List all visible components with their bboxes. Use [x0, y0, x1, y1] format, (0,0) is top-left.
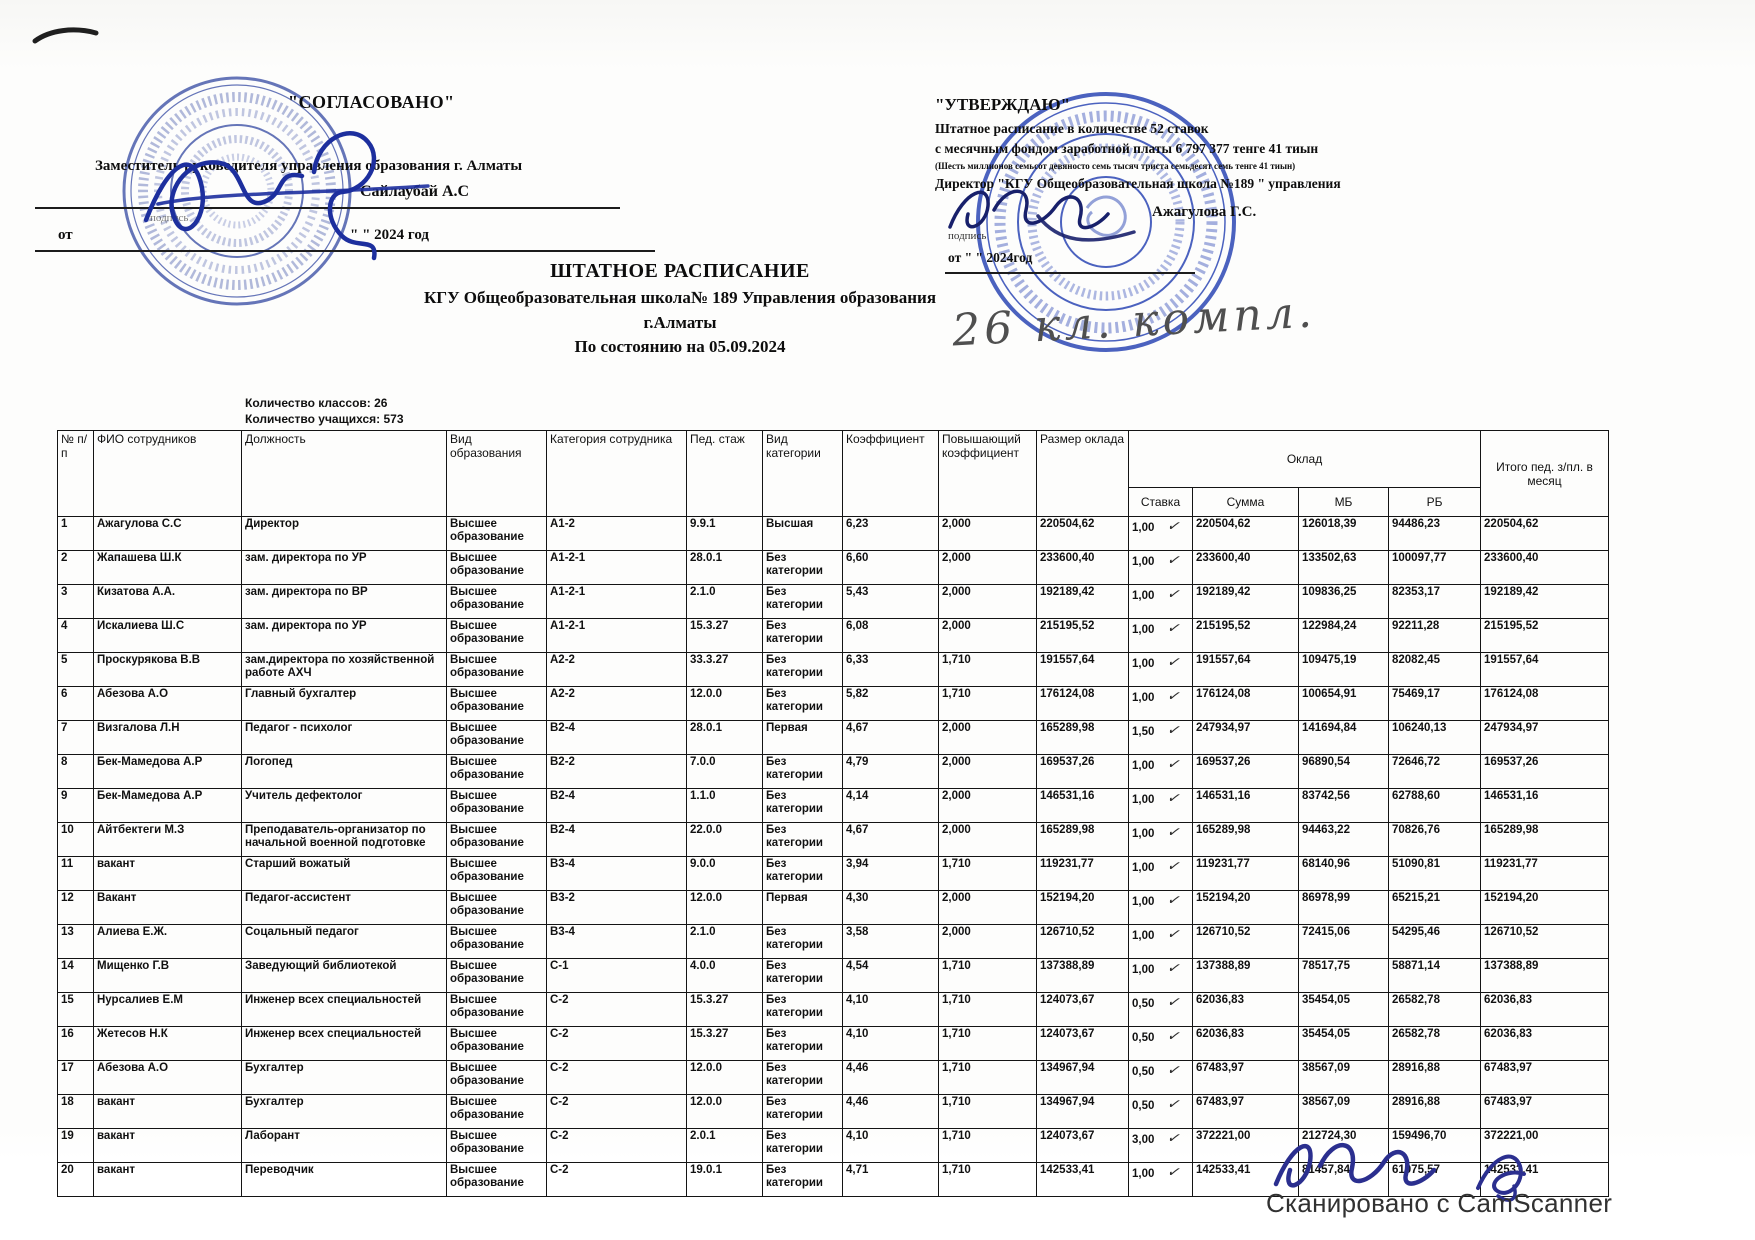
- cell: 1,00✓: [1129, 1163, 1193, 1197]
- cell: Без категории: [763, 1061, 843, 1095]
- cell: Без категории: [763, 959, 843, 993]
- approval-left-line1: Заместитель руководителя управления обра…: [95, 158, 655, 175]
- cell: Без категории: [763, 823, 843, 857]
- col-header-num: № п/п: [58, 431, 94, 517]
- cell: 2,000: [939, 585, 1037, 619]
- cell: Бек-Мамедова А.Р: [94, 755, 242, 789]
- cell: 62036,83: [1481, 993, 1609, 1027]
- table-row: 3Кизатова А.А.зам. директора по ВРВысшее…: [58, 585, 1609, 619]
- cell: 165289,98: [1481, 823, 1609, 857]
- cell: Высшее образование: [447, 959, 547, 993]
- cell: Главный бухгалтер: [242, 687, 447, 721]
- cell: Инженер всех специальностей: [242, 1027, 447, 1061]
- cell: 1,00✓: [1129, 619, 1193, 653]
- cell: 169537,26: [1037, 755, 1129, 789]
- cell: 192189,42: [1037, 585, 1129, 619]
- cell: Высшее образование: [447, 721, 547, 755]
- students-count: Количество учащихся: 573: [245, 411, 404, 427]
- col-header-stavka: Ставка: [1129, 488, 1193, 517]
- cell: С-2: [547, 1027, 687, 1061]
- cell: Мищенко Г.В: [94, 959, 242, 993]
- cell: 67483,97: [1481, 1095, 1609, 1129]
- cell: 1,00✓: [1129, 789, 1193, 823]
- cell: Высшее образование: [447, 755, 547, 789]
- cell: 28.0.1: [687, 551, 763, 585]
- cell: Переводчик: [242, 1163, 447, 1197]
- cell: Педагог - психолог: [242, 721, 447, 755]
- cell: Высшее образование: [447, 993, 547, 1027]
- cell: 4,67: [843, 823, 939, 857]
- cell: 72646,72: [1389, 755, 1481, 789]
- cell: вакант: [94, 1129, 242, 1163]
- signature-line: [945, 272, 1195, 274]
- cell: 1,00✓: [1129, 959, 1193, 993]
- cell: 247934,97: [1481, 721, 1609, 755]
- cell: 1,710: [939, 1061, 1037, 1095]
- cell: 134967,94: [1037, 1095, 1129, 1129]
- cell: 137388,89: [1193, 959, 1299, 993]
- cell: 15.3.27: [687, 993, 763, 1027]
- cell: 28916,88: [1389, 1061, 1481, 1095]
- staff-table: № п/п ФИО сотрудников Должность Вид обра…: [57, 430, 1609, 1197]
- signature-line: [35, 250, 655, 252]
- cell: Жапашева Ш.К: [94, 551, 242, 585]
- cell: 72415,06: [1299, 925, 1389, 959]
- cell: 1,00✓: [1129, 925, 1193, 959]
- cell: Высшее образование: [447, 1027, 547, 1061]
- cell: 220504,62: [1193, 517, 1299, 551]
- cell: А2-2: [547, 653, 687, 687]
- cell: 119231,77: [1193, 857, 1299, 891]
- cell: 14: [58, 959, 94, 993]
- cell: Без категории: [763, 789, 843, 823]
- cell: Лаборант: [242, 1129, 447, 1163]
- handwritten-checkmark: ✓: [1165, 585, 1184, 603]
- cell: 126710,52: [1037, 925, 1129, 959]
- cell: 4,10: [843, 1129, 939, 1163]
- table-row: 14Мищенко Г.ВЗаведующий библиотекойВысше…: [58, 959, 1609, 993]
- cell: 4,54: [843, 959, 939, 993]
- cell: В2-2: [547, 755, 687, 789]
- handwritten-annotation: 26 кл. компл.: [951, 287, 1317, 357]
- cell: 15.3.27: [687, 619, 763, 653]
- cell: 146531,16: [1481, 789, 1609, 823]
- cell: 215195,52: [1481, 619, 1609, 653]
- col-header-razmer: Размер оклада: [1037, 431, 1129, 517]
- cell: С-2: [547, 1061, 687, 1095]
- approval-left-ot: от: [58, 227, 73, 244]
- camscanner-watermark: Сканировано с CamScanner: [1266, 1188, 1612, 1219]
- table-row: 10Айтбектеги М.ЗПреподаватель-организато…: [58, 823, 1609, 857]
- table-row: 1Ажагулова С.СДиректорВысшее образование…: [58, 517, 1609, 551]
- approval-left-podpis-label: подпись: [150, 212, 188, 224]
- cell: 20: [58, 1163, 94, 1197]
- cell: зам. директора по УР: [242, 619, 447, 653]
- document-title-block: ШТАТНОЕ РАСПИСАНИЕ КГУ Общеобразовательн…: [400, 260, 960, 357]
- cell: 152194,20: [1193, 891, 1299, 925]
- cell: 82353,17: [1389, 585, 1481, 619]
- cell: 152194,20: [1481, 891, 1609, 925]
- col-header-stazh: Пед. стаж: [687, 431, 763, 517]
- cell: 82082,45: [1389, 653, 1481, 687]
- cell: Бухгалтер: [242, 1061, 447, 1095]
- cell: Высшее образование: [447, 551, 547, 585]
- approval-right-podpis-label: подпись: [948, 230, 986, 242]
- cell: 65215,21: [1389, 891, 1481, 925]
- cell: Без категории: [763, 993, 843, 1027]
- cell: 1,710: [939, 1163, 1037, 1197]
- approval-right-line3: (Шесть миллионов семьсот девяносто семь …: [935, 161, 1295, 171]
- cell: С-1: [547, 959, 687, 993]
- cell: 58871,14: [1389, 959, 1481, 993]
- cell: 176124,08: [1037, 687, 1129, 721]
- cell: 1,00✓: [1129, 585, 1193, 619]
- cell: 100654,91: [1299, 687, 1389, 721]
- cell: В3-4: [547, 925, 687, 959]
- cell: 212724,30: [1299, 1129, 1389, 1163]
- cell: вакант: [94, 857, 242, 891]
- cell: 68140,96: [1299, 857, 1389, 891]
- cell: 247934,97: [1193, 721, 1299, 755]
- cell: Без категории: [763, 687, 843, 721]
- approval-right-name: Ажагулова Г.С.: [1152, 204, 1256, 221]
- cell: А1-2: [547, 517, 687, 551]
- cell: Заведующий библиотекой: [242, 959, 447, 993]
- cell: 126710,52: [1193, 925, 1299, 959]
- cell: 67483,97: [1481, 1061, 1609, 1095]
- approval-right-line4: Директор "КГУ Общеобразовательная школа …: [935, 176, 1341, 192]
- cell: Старший вожатый: [242, 857, 447, 891]
- cell: 12.0.0: [687, 891, 763, 925]
- cell: 2,000: [939, 789, 1037, 823]
- table-row: 19вакантЛаборантВысшее образованиеС-22.0…: [58, 1129, 1609, 1163]
- col-header-fio: ФИО сотрудников: [94, 431, 242, 517]
- cell: 1,710: [939, 1027, 1037, 1061]
- cell: 165289,98: [1193, 823, 1299, 857]
- cell: 233600,40: [1481, 551, 1609, 585]
- cell: 12.0.0: [687, 1095, 763, 1129]
- cell: 109836,25: [1299, 585, 1389, 619]
- cell: Без категории: [763, 1129, 843, 1163]
- handwritten-checkmark: ✓: [1165, 823, 1184, 841]
- cell: Высшее образование: [447, 517, 547, 551]
- cell: 233600,40: [1037, 551, 1129, 585]
- handwritten-checkmark: ✓: [1165, 1061, 1184, 1079]
- cell: 38567,09: [1299, 1061, 1389, 1095]
- cell: 6,60: [843, 551, 939, 585]
- cell: Без категории: [763, 755, 843, 789]
- cell: 1,50✓: [1129, 721, 1193, 755]
- staff-table-body: 1Ажагулова С.СДиректорВысшее образование…: [58, 517, 1609, 1197]
- cell: 146531,16: [1037, 789, 1129, 823]
- cell: 169537,26: [1481, 755, 1609, 789]
- page-title: ШТАТНОЕ РАСПИСАНИЕ: [400, 260, 960, 283]
- cell: 233600,40: [1193, 551, 1299, 585]
- cell: 3: [58, 585, 94, 619]
- approval-left-title: "СОГЛАСОВАНО": [288, 92, 455, 113]
- cell: 2,000: [939, 925, 1037, 959]
- cell: С-2: [547, 1129, 687, 1163]
- col-header-koef: Коэффициент: [843, 431, 939, 517]
- cell: 372221,00: [1193, 1129, 1299, 1163]
- cell: Вакант: [94, 891, 242, 925]
- cell: Высшее образование: [447, 925, 547, 959]
- cell: 70826,76: [1389, 823, 1481, 857]
- cell: Высшее образование: [447, 857, 547, 891]
- cell: 13: [58, 925, 94, 959]
- cell: Высшее образование: [447, 1061, 547, 1095]
- cell: Высшее образование: [447, 1129, 547, 1163]
- approval-right-ot: от " " 2024год: [948, 250, 1032, 266]
- cell: Инженер всех специальностей: [242, 993, 447, 1027]
- cell: 133502,63: [1299, 551, 1389, 585]
- cell: В2-4: [547, 721, 687, 755]
- col-header-position: Должность: [242, 431, 447, 517]
- cell: С-2: [547, 1163, 687, 1197]
- cell: 62788,60: [1389, 789, 1481, 823]
- handwritten-checkmark: ✓: [1165, 517, 1184, 535]
- cell: 83742,56: [1299, 789, 1389, 823]
- cell: Соцальный педагог: [242, 925, 447, 959]
- cell: 1,710: [939, 1095, 1037, 1129]
- cell: 137388,89: [1481, 959, 1609, 993]
- cell: 4,79: [843, 755, 939, 789]
- cell: 19.0.1: [687, 1163, 763, 1197]
- cell: 146531,16: [1193, 789, 1299, 823]
- col-header-pov: Повышающий коэффициент: [939, 431, 1037, 517]
- cell: 1,00✓: [1129, 857, 1193, 891]
- cell: 3,58: [843, 925, 939, 959]
- col-header-rb: РБ: [1389, 488, 1481, 517]
- col-header-education: Вид образования: [447, 431, 547, 517]
- handwritten-checkmark: ✓: [1165, 1027, 1184, 1045]
- approval-right-line1: Штатное расписание в количестве 52 ставо…: [935, 121, 1209, 137]
- cell: зам.директора по хозяйственной работе АХ…: [242, 653, 447, 687]
- cell: Высшее образование: [447, 789, 547, 823]
- table-row: 16Жетесов Н.КИнженер всех специальностей…: [58, 1027, 1609, 1061]
- cell: 0,50✓: [1129, 993, 1193, 1027]
- cell: С-2: [547, 993, 687, 1027]
- cell: 6,23: [843, 517, 939, 551]
- cell: А1-2-1: [547, 585, 687, 619]
- cell: 137388,89: [1037, 959, 1129, 993]
- cell: 1,710: [939, 993, 1037, 1027]
- cell: 2,000: [939, 755, 1037, 789]
- table-row: 12ВакантПедагог-ассистентВысшее образова…: [58, 891, 1609, 925]
- cell: 5: [58, 653, 94, 687]
- handwritten-checkmark: ✓: [1165, 993, 1184, 1011]
- cell: 122984,24: [1299, 619, 1389, 653]
- cell: 9.9.1: [687, 517, 763, 551]
- cell: 372221,00: [1481, 1129, 1609, 1163]
- cell: Высшее образование: [447, 823, 547, 857]
- cell: 12.0.0: [687, 1061, 763, 1095]
- cell: Без категории: [763, 925, 843, 959]
- table-row: 15Нурсалиев Е.МИнженер всех специальност…: [58, 993, 1609, 1027]
- cell: 28.0.1: [687, 721, 763, 755]
- approval-right-title: "УТВЕРЖДАЮ": [935, 95, 1070, 115]
- cell: зам. директора по УР: [242, 551, 447, 585]
- cell: 6,08: [843, 619, 939, 653]
- cell: 1,710: [939, 1129, 1037, 1163]
- cell: 62036,83: [1193, 993, 1299, 1027]
- handwritten-checkmark: ✓: [1165, 1095, 1184, 1113]
- cell: Без категории: [763, 1027, 843, 1061]
- cell: 1,00✓: [1129, 891, 1193, 925]
- cell: 6: [58, 687, 94, 721]
- cell: Первая: [763, 721, 843, 755]
- cell: 38567,09: [1299, 1095, 1389, 1129]
- col-header-oklad-group: Оклад: [1129, 431, 1481, 488]
- cell: 1,00✓: [1129, 517, 1193, 551]
- table-row: 8Бек-Мамедова А.РЛогопедВысшее образован…: [58, 755, 1609, 789]
- cell: 15: [58, 993, 94, 1027]
- page-subtitle-org: КГУ Общеобразовательная школа№ 189 Управ…: [400, 288, 960, 308]
- cell: Жетесов Н.К: [94, 1027, 242, 1061]
- handwritten-checkmark: ✓: [1165, 755, 1184, 773]
- table-row: 18вакантБухгалтерВысшее образованиеС-212…: [58, 1095, 1609, 1129]
- cell: 96890,54: [1299, 755, 1389, 789]
- cell: 1: [58, 517, 94, 551]
- table-row: 6Абезова А.ОГлавный бухгалтерВысшее обра…: [58, 687, 1609, 721]
- cell: 106240,13: [1389, 721, 1481, 755]
- cell: 7.0.0: [687, 755, 763, 789]
- cell: Без категории: [763, 551, 843, 585]
- table-row: 5Проскурякова В.Взам.директора по хозяйс…: [58, 653, 1609, 687]
- cell: 4,46: [843, 1061, 939, 1095]
- cell: Директор: [242, 517, 447, 551]
- cell: 215195,52: [1193, 619, 1299, 653]
- cell: 26582,78: [1389, 993, 1481, 1027]
- table-row: 11вакантСтарший вожатыйВысшее образовани…: [58, 857, 1609, 891]
- cell: 2.1.0: [687, 585, 763, 619]
- cell: 67483,97: [1193, 1061, 1299, 1095]
- cell: 119231,77: [1481, 857, 1609, 891]
- scanned-document-page: "СОГЛАСОВАНО" Заместитель руководителя у…: [0, 0, 1755, 1240]
- cell: 18: [58, 1095, 94, 1129]
- cell: Педагог-ассистент: [242, 891, 447, 925]
- cell: вакант: [94, 1095, 242, 1129]
- cell: 54295,46: [1389, 925, 1481, 959]
- cell: 9: [58, 789, 94, 823]
- cell: 1,710: [939, 687, 1037, 721]
- cell: А1-2-1: [547, 619, 687, 653]
- cell: Бек-Мамедова А.Р: [94, 789, 242, 823]
- table-row: 13Алиева Е.Ж.Соцальный педагогВысшее обр…: [58, 925, 1609, 959]
- cell: 220504,62: [1481, 517, 1609, 551]
- cell: 1,00✓: [1129, 653, 1193, 687]
- cell: 75469,17: [1389, 687, 1481, 721]
- cell: 2,000: [939, 619, 1037, 653]
- page-subtitle-city: г.Алматы: [400, 313, 960, 333]
- cell: 3,94: [843, 857, 939, 891]
- cell: Без категории: [763, 857, 843, 891]
- cell: 126710,52: [1481, 925, 1609, 959]
- cell: 5,82: [843, 687, 939, 721]
- cell: С-2: [547, 1095, 687, 1129]
- approval-left-year: " " 2024 год: [350, 227, 429, 244]
- cell: 124073,67: [1037, 1129, 1129, 1163]
- cell: Логопед: [242, 755, 447, 789]
- cell: 8: [58, 755, 94, 789]
- cell: 4,30: [843, 891, 939, 925]
- table-row: 17Абезова А.ОБухгалтерВысшее образование…: [58, 1061, 1609, 1095]
- cell: 62036,83: [1481, 1027, 1609, 1061]
- cell: 0,50✓: [1129, 1061, 1193, 1095]
- cell: 67483,97: [1193, 1095, 1299, 1129]
- cell: Учитель дефектолог: [242, 789, 447, 823]
- col-header-summa: Сумма: [1193, 488, 1299, 517]
- cell: Высшее образование: [447, 653, 547, 687]
- cell: Высшее образование: [447, 585, 547, 619]
- handwritten-checkmark: ✓: [1165, 687, 1184, 705]
- cell: Ажагулова С.С: [94, 517, 242, 551]
- cell: Нурсалиев Е.М: [94, 993, 242, 1027]
- cell: 215195,52: [1037, 619, 1129, 653]
- cell: 94486,23: [1389, 517, 1481, 551]
- cell: 86978,99: [1299, 891, 1389, 925]
- cell: 1,710: [939, 959, 1037, 993]
- cell: 1.1.0: [687, 789, 763, 823]
- cell: Без категории: [763, 619, 843, 653]
- cell: 192189,42: [1193, 585, 1299, 619]
- cell: Проскурякова В.В: [94, 653, 242, 687]
- cell: Высшее образование: [447, 891, 547, 925]
- cell: Без категории: [763, 653, 843, 687]
- cell: Кизатова А.А.: [94, 585, 242, 619]
- cell: 92211,28: [1389, 619, 1481, 653]
- cell: Высшее образование: [447, 687, 547, 721]
- cell: 51090,81: [1389, 857, 1481, 891]
- counts-block: Количество классов: 26 Количество учащих…: [245, 395, 404, 427]
- cell: 2: [58, 551, 94, 585]
- cell: 4: [58, 619, 94, 653]
- cell: 62036,83: [1193, 1027, 1299, 1061]
- handwritten-checkmark: ✓: [1165, 721, 1184, 739]
- cell: Айтбектеги М.З: [94, 823, 242, 857]
- table-row: 4Искалиева Ш.Сзам. директора по УРВысшее…: [58, 619, 1609, 653]
- cell: А1-2-1: [547, 551, 687, 585]
- cell: 2,000: [939, 551, 1037, 585]
- cell: 16: [58, 1027, 94, 1061]
- cell: 2.1.0: [687, 925, 763, 959]
- cell: 4,46: [843, 1095, 939, 1129]
- cell: 176124,08: [1481, 687, 1609, 721]
- cell: 6,33: [843, 653, 939, 687]
- cell: 2,000: [939, 823, 1037, 857]
- cell: Высшая: [763, 517, 843, 551]
- cell: зам. директора по ВР: [242, 585, 447, 619]
- table-row: 7Визгалова Л.НПедагог - психологВысшее о…: [58, 721, 1609, 755]
- cell: 191557,64: [1037, 653, 1129, 687]
- cell: В3-4: [547, 857, 687, 891]
- handwritten-checkmark: ✓: [1165, 925, 1184, 943]
- cell: 126018,39: [1299, 517, 1389, 551]
- cell: В3-2: [547, 891, 687, 925]
- handwritten-checkmark: ✓: [1165, 619, 1184, 637]
- cell: 33.3.27: [687, 653, 763, 687]
- handwritten-checkmark: ✓: [1165, 789, 1184, 807]
- cell: 9.0.0: [687, 857, 763, 891]
- cell: 1,710: [939, 653, 1037, 687]
- cell: Абезова А.О: [94, 687, 242, 721]
- cell: 35454,05: [1299, 993, 1389, 1027]
- cell: 28916,88: [1389, 1095, 1481, 1129]
- cell: 4,10: [843, 993, 939, 1027]
- cell: 4,71: [843, 1163, 939, 1197]
- cell: 4,10: [843, 1027, 939, 1061]
- cell: В2-4: [547, 823, 687, 857]
